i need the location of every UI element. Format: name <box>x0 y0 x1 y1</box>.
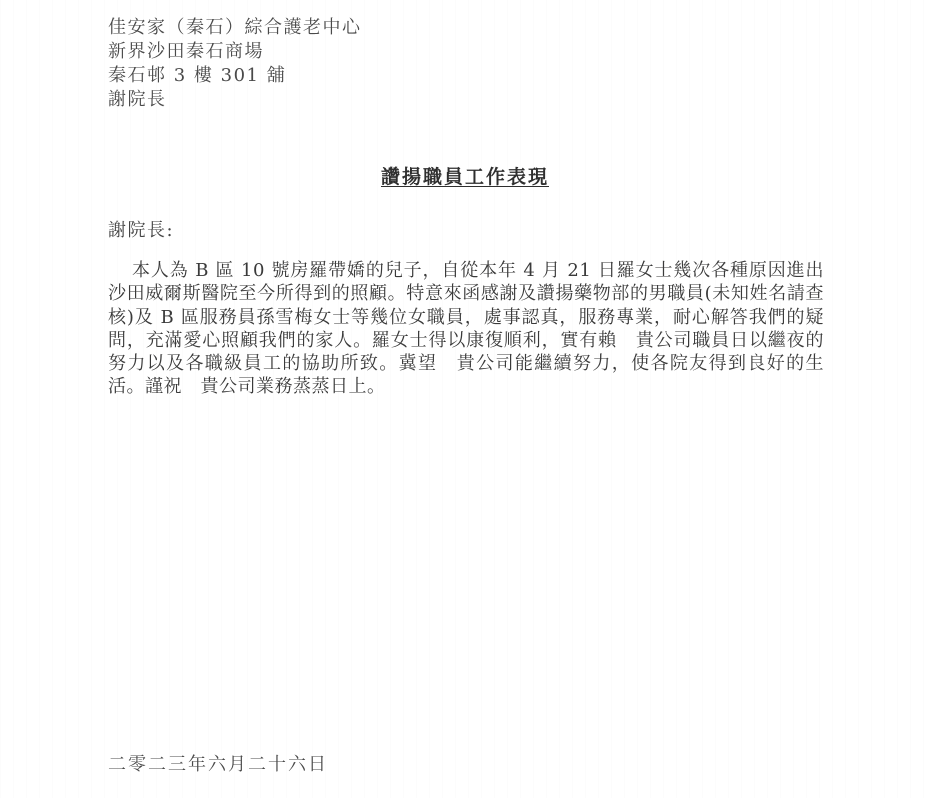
letter-title: 讚揚職員工作表現 <box>0 162 930 189</box>
letter-title-text: 讚揚職員工作表現 <box>381 166 549 188</box>
recipient-line-centre-name: 佳安家（秦石）綜合護老中心 <box>108 16 362 40</box>
recipient-address-block: 佳安家（秦石）綜合護老中心 新界沙田秦石商場 秦石邨 3 樓 301 舖 謝院長 <box>108 16 362 112</box>
salutation: 謝院長: <box>108 216 174 242</box>
recipient-line-address: 秦石邨 3 樓 301 舖 <box>108 64 362 88</box>
letter-date: 二零二三年六月二十六日 <box>108 750 328 776</box>
letter-body-paragraph: 本人為 B 區 10 號房羅帶嬌的兒子，自從本年 4 月 21 日羅女士幾次各種… <box>108 259 824 399</box>
recipient-line-director: 謝院長 <box>108 88 362 112</box>
recipient-line-district: 新界沙田秦石商場 <box>108 40 362 64</box>
letter-page: 佳安家（秦石）綜合護老中心 新界沙田秦石商場 秦石邨 3 樓 301 舖 謝院長… <box>0 0 930 798</box>
